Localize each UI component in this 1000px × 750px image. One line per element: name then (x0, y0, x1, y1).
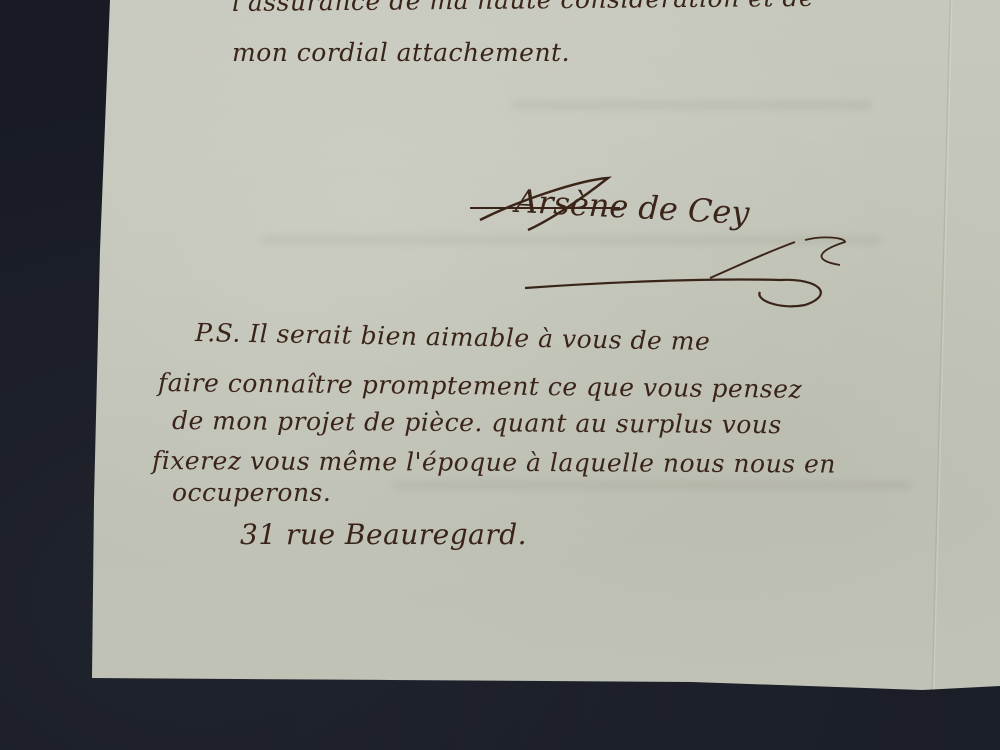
ink-bleed-through (512, 100, 872, 110)
postscript-line-4: fixerez vous même l'époque à laquelle no… (152, 446, 836, 479)
address-line: 31 rue Beauregard. (240, 518, 527, 551)
paper-fold-line (931, 0, 953, 690)
postscript-line-5: occuperons. (172, 478, 331, 507)
signature-flourish (460, 160, 860, 310)
ink-bleed-through (392, 480, 912, 490)
closing-line-2: mon cordial attachement. (232, 38, 570, 67)
postscript-line-3: de mon projet de pièce. quant au surplus… (172, 406, 782, 439)
